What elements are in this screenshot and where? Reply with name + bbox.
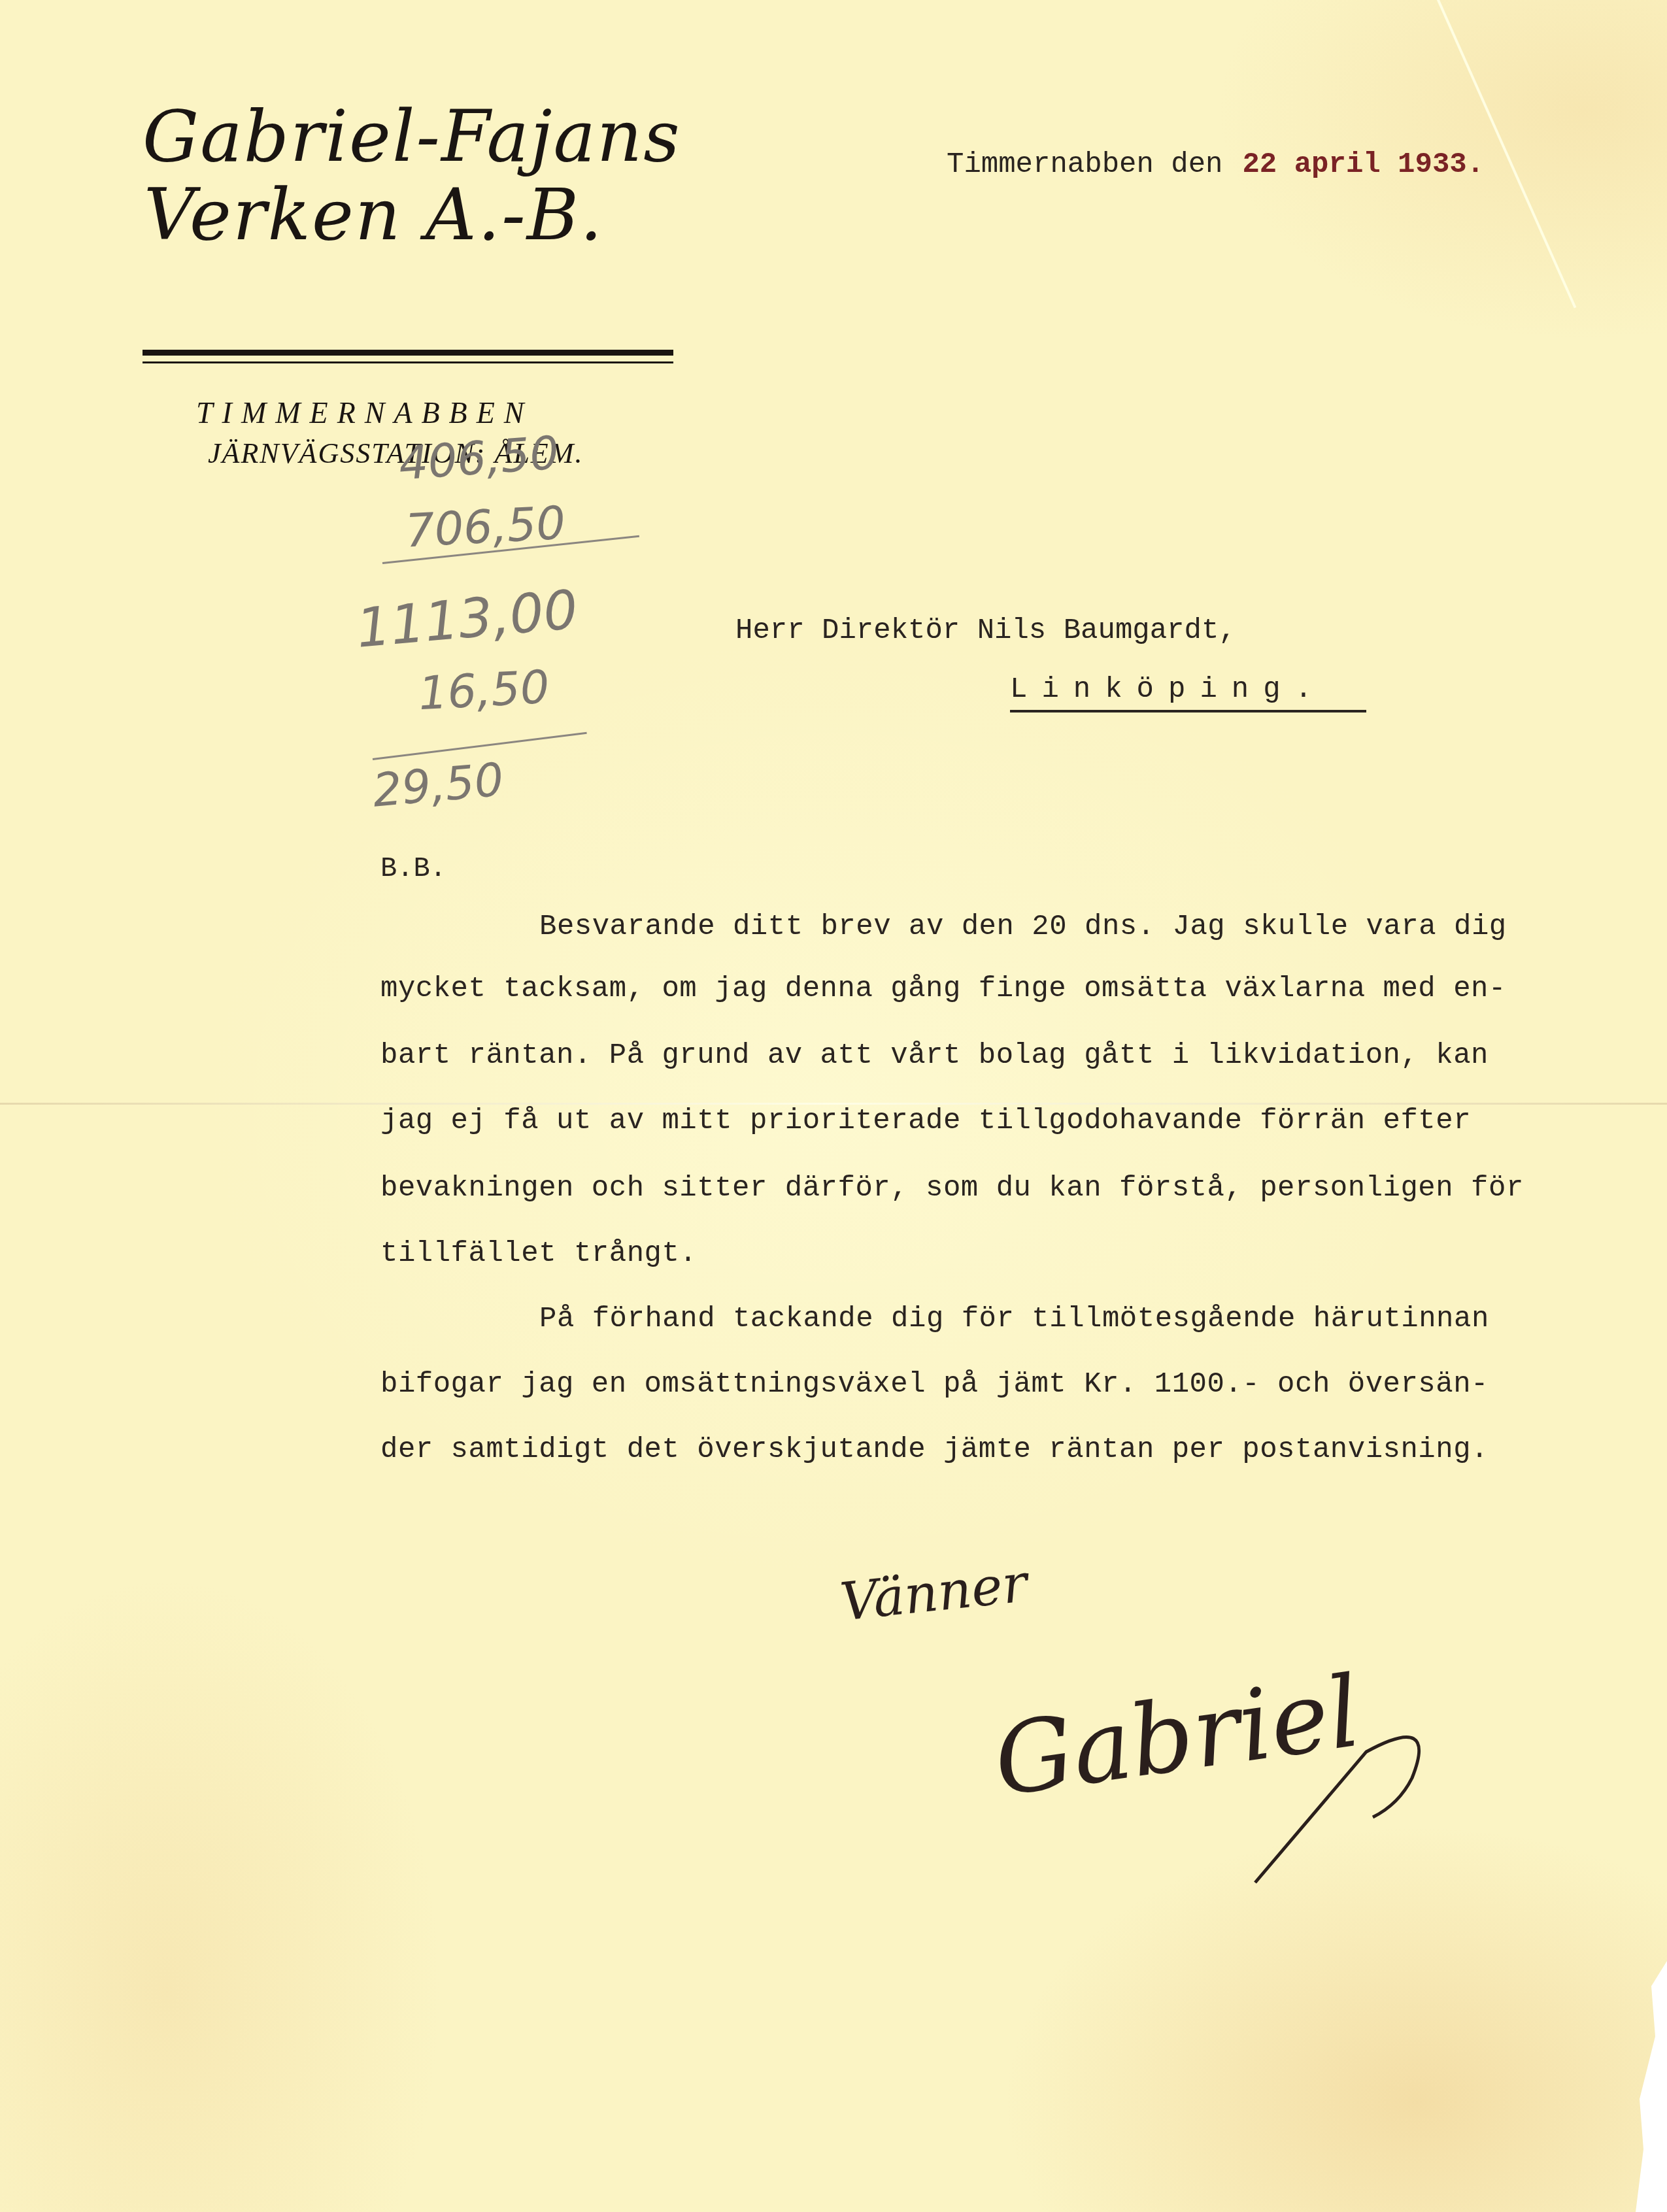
company-name-line-2: Verken A.-B. [143, 176, 679, 255]
letterhead-rule-thin [143, 361, 673, 363]
company-name-line-1: Gabriel-Fajans [143, 98, 679, 176]
body-line: jag ej få ut av mitt prioriterade tillgo… [380, 1105, 1471, 1137]
paper-tear [1628, 1961, 1667, 2212]
letterhead-rule-thick [143, 350, 673, 356]
body-line: mycket tacksam, om jag denna gång finge … [380, 973, 1506, 1005]
letterhead-town: TIMMERNABBEN [196, 395, 533, 430]
recipient-city: Linköping. [1010, 673, 1326, 706]
recipient-city-underline [1010, 710, 1366, 712]
letterhead: Gabriel-Fajans Verken A.-B. TIMMERNABBEN… [143, 98, 679, 255]
body-line: Besvarande ditt brev av den 20 dns. Jag … [539, 911, 1507, 943]
pencil-note-3: 1113,00 [354, 578, 581, 660]
body-line: På förhand tackande dig för tillmötesgåe… [539, 1303, 1489, 1335]
dateline-place: Timmernabben den [947, 148, 1222, 181]
salutation: B.B. [380, 853, 446, 884]
pencil-note-4: 16,50 [417, 660, 550, 720]
dateline: Timmernabben den22 april 1933. [947, 148, 1484, 181]
signature-flourish [1242, 1700, 1517, 1896]
body-line: der samtidigt det överskjutande jämte rä… [380, 1433, 1489, 1466]
body-line: tillfället trångt. [380, 1237, 697, 1270]
body-line: bevakningen och sitter därför, som du ka… [380, 1172, 1524, 1205]
recipient-name: Herr Direktör Nils Baumgardt, [735, 614, 1236, 647]
body-line: bifogar jag en omsättningsväxel på jämt … [380, 1368, 1489, 1401]
body-line: bart räntan. På grund av att vårt bolag … [380, 1039, 1489, 1072]
dateline-date: 22 april 1933. [1242, 148, 1484, 181]
pencil-note-5: 29,50 [371, 752, 506, 817]
pencil-note-2: 706,50 [404, 496, 567, 558]
closing-greeting: Vänner [837, 1552, 1030, 1632]
pencil-note-1: 406,50 [397, 426, 560, 491]
